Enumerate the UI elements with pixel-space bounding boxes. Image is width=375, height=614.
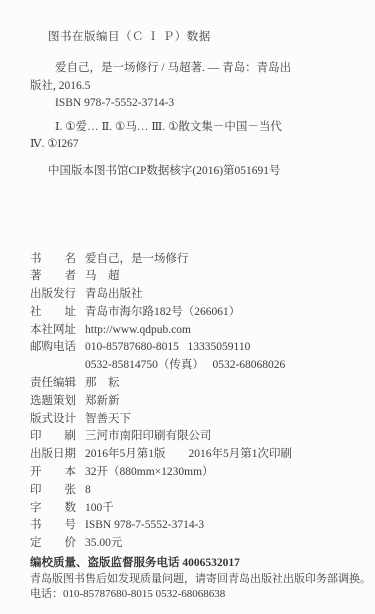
- cip-entry-line2: 版社, 2016.5: [30, 78, 375, 96]
- book-copyright-page: 图书在版编目（Ｃ Ｉ Ｐ）数据 爱自己，是一场修行 / 马超著. — 青岛：青岛…: [0, 0, 375, 614]
- return-notice: 青岛版图书售后如发现质量问题，请寄回青岛出版社出版印务部调换。: [30, 572, 375, 588]
- row-label: 责任编辑: [30, 375, 85, 393]
- row-address: 社 址 青岛市海尔路182号（266061）: [30, 304, 375, 322]
- row-value: 8: [85, 482, 91, 500]
- row-mail-order-phone: 邮购电话 010-85787680-8015 13335059110: [30, 339, 375, 357]
- row-value: 那 耘: [85, 375, 120, 393]
- row-value: 2016年5月第1版 2016年5月第1次印刷: [85, 446, 292, 464]
- row-value: http://www.qdpub.com: [85, 322, 191, 340]
- row-website: 本社网址 http://www.qdpub.com: [30, 322, 375, 340]
- row-value: 三河市南阳印刷有限公司: [85, 428, 212, 446]
- row-value: ISBN 978-7-5552-3714-3: [85, 517, 204, 535]
- row-label: 选题策划: [30, 393, 85, 411]
- row-value: 32开（880mm×1230mm）: [85, 464, 214, 482]
- publication-info: 书 名 爱自己，是一场修行 著 者 马 超 出版发行 青岛出版社 社 址 青岛市…: [30, 251, 375, 554]
- row-author: 著 者 马 超: [30, 268, 375, 286]
- row-printer: 印 刷 三河市南阳印刷有限公司: [30, 428, 375, 446]
- row-value: 100千: [85, 500, 114, 518]
- service-phone: 电话：010-85787680-8015 0532-68068638: [30, 587, 375, 603]
- row-label: 印 刷: [30, 428, 85, 446]
- row-word-count: 字 数 100千: [30, 500, 375, 518]
- cip-record-number: 中国版本图书馆CIP数据核字(2016)第051691号: [48, 164, 375, 179]
- cip-isbn-line: ISBN 978-7-5552-3714-3: [55, 95, 375, 113]
- cip-classification: Ⅰ. ①爱… Ⅱ. ①马… Ⅲ. ①散文集－中国－当代 Ⅳ. ①I267: [0, 119, 375, 154]
- row-editor: 责任编辑 那 耘: [30, 375, 375, 393]
- footer-notices: 编校质量、盗版监督服务电话 4006532017 青岛版图书售后如发现质量问题，…: [30, 556, 375, 603]
- row-label: 邮购电话: [30, 339, 85, 357]
- row-label: 开 本: [30, 464, 85, 482]
- row-book-title: 书 名 爱自己，是一场修行: [30, 251, 375, 269]
- row-label: 社 址: [30, 304, 85, 322]
- row-price: 定 价 35.00元: [30, 535, 375, 553]
- row-value: 郑新新: [85, 393, 120, 411]
- row-publish-date: 出版日期 2016年5月第1版 2016年5月第1次印刷: [30, 446, 375, 464]
- row-planner: 选题策划 郑新新: [30, 393, 375, 411]
- row-format: 开 本 32开（880mm×1230mm）: [30, 464, 375, 482]
- row-label: 印 张: [30, 482, 85, 500]
- row-value: 010-85787680-8015 13335059110: [85, 339, 250, 357]
- cip-class-line1: Ⅰ. ①爱… Ⅱ. ①马… Ⅲ. ①散文集－中国－当代: [55, 119, 375, 137]
- cip-entry-line1: 爱自己，是一场修行 / 马超著. — 青岛：青岛出: [55, 60, 375, 78]
- row-value: 青岛出版社: [85, 286, 143, 304]
- row-value: 爱自己，是一场修行: [85, 251, 189, 269]
- quality-hotline: 编校质量、盗版监督服务电话 4006532017: [30, 556, 375, 572]
- row-label: 书 名: [30, 251, 85, 269]
- cip-entry: 爱自己，是一场修行 / 马超著. — 青岛：青岛出 版社, 2016.5 ISB…: [0, 60, 375, 113]
- row-label: 著 者: [30, 268, 85, 286]
- row-publisher: 出版发行 青岛出版社: [30, 286, 375, 304]
- row-value: 青岛市海尔路182号（266061）: [85, 304, 240, 322]
- row-label: 字 数: [30, 500, 85, 518]
- row-value: 智善天下: [85, 411, 131, 429]
- row-label: [30, 357, 85, 375]
- row-isbn: 书 号 ISBN 978-7-5552-3714-3: [30, 517, 375, 535]
- row-value: 马 超: [85, 268, 120, 286]
- cip-header: 图书在版编目（Ｃ Ｉ Ｐ）数据: [48, 30, 375, 45]
- row-layout-design: 版式设计 智善天下: [30, 411, 375, 429]
- row-value: 35.00元: [85, 535, 122, 553]
- row-label: 版式设计: [30, 411, 85, 429]
- row-label: 出版发行: [30, 286, 85, 304]
- cip-class-line2: Ⅳ. ①I267: [30, 136, 375, 154]
- row-mail-order-phone-cont: 0532-85814750（传真） 0532-68068026: [30, 357, 375, 375]
- row-label: 书 号: [30, 517, 85, 535]
- row-value: 0532-85814750（传真） 0532-68068026: [85, 357, 285, 375]
- row-label: 本社网址: [30, 322, 85, 340]
- row-label: 出版日期: [30, 446, 85, 464]
- cip-block: 图书在版编目（Ｃ Ｉ Ｐ）数据 爱自己，是一场修行 / 马超著. — 青岛：青岛…: [0, 30, 375, 179]
- row-label: 定 价: [30, 535, 85, 553]
- row-sheets: 印 张 8: [30, 482, 375, 500]
